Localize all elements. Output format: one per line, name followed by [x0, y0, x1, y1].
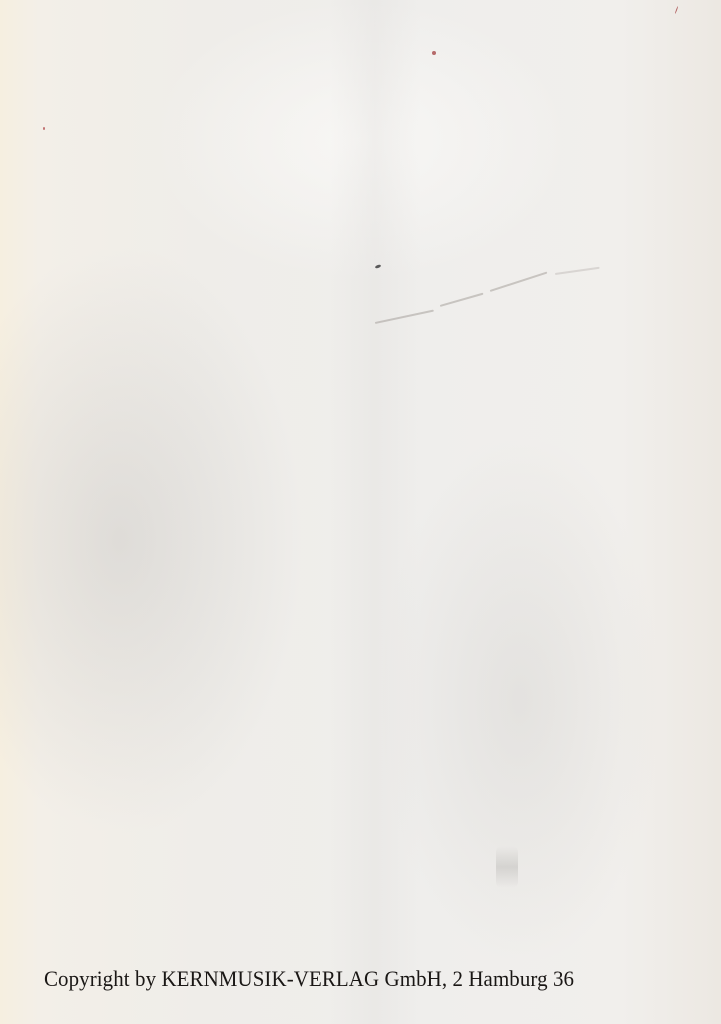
pencil-smudge	[496, 846, 518, 888]
ink-speck	[432, 51, 436, 55]
pencil-mark	[555, 267, 600, 275]
pencil-mark	[490, 272, 548, 292]
copyright-footer: Copyright by KERNMUSIK-VERLAG GmbH, 2 Ha…	[44, 966, 676, 992]
paper-fold-shadow	[330, 0, 420, 1024]
scanned-page: Copyright by KERNMUSIK-VERLAG GmbH, 2 Ha…	[0, 0, 721, 1024]
ink-speck	[675, 6, 679, 14]
pencil-mark	[440, 293, 484, 307]
ink-speck	[43, 127, 45, 130]
